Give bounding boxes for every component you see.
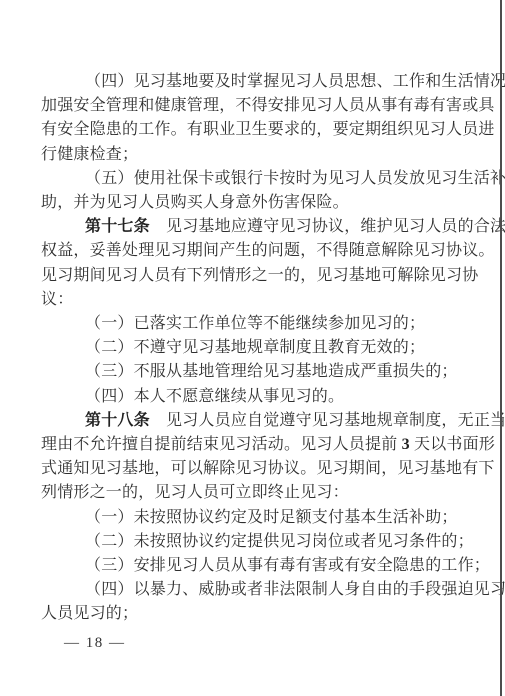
text-segment: （五）使用社保卡或银行卡按时为见习人员发放见习生活补 xyxy=(85,170,505,187)
text-line: 见习期间见习人员有下列情形之一的，见习基地可解除见习协 xyxy=(41,264,479,288)
text-segment: （三）不服从基地管理给见习基地造成严重损失的； xyxy=(85,363,458,380)
text-line: 式通知见习基地，可以解除见习协议。见习期间，见习基地有下 xyxy=(41,457,479,481)
text-line: （三）安排见习人员从事有毒有害或有安全隐患的工作； xyxy=(41,554,479,578)
text-segment: 议： xyxy=(41,291,73,308)
text-segment: 行健康检查； xyxy=(41,146,138,163)
text-segment: （一）未按照协议约定及时足额支付基本生活补助； xyxy=(85,509,458,526)
text-segment: （四）以暴力、威胁或者非法限制人身自由的手段强迫见习 xyxy=(85,581,505,598)
paragraph: （四）本人不愿意继续从事见习的。 xyxy=(41,385,479,409)
text-line: （四）以暴力、威胁或者非法限制人身自由的手段强迫见习 xyxy=(41,578,479,602)
text-segment: （二）未按照协议约定提供见习岗位或者见习条件的； xyxy=(85,533,474,550)
scan-edge-artifact xyxy=(500,0,502,696)
text-line: 加强安全管理和健康管理，不得安排见习人员从事有毒有害或具 xyxy=(41,94,479,118)
text-segment: 见习基地应遵守见习协议，维护见习人员的合法 xyxy=(150,218,505,235)
bold-text-segment: 第十八条 xyxy=(85,412,150,429)
text-segment: （一）已落实工作单位等不能继续参加见习的； xyxy=(85,315,425,332)
paragraph: （二）不遵守见习基地规章制度且教育无效的； xyxy=(41,336,479,360)
paragraph: （四）以暴力、威胁或者非法限制人身自由的手段强迫见习人员见习的； xyxy=(41,578,479,626)
text-line: （二）不遵守见习基地规章制度且教育无效的； xyxy=(41,336,479,360)
text-segment: 见习期间见习人员有下列情形之一的，见习基地可解除见习协 xyxy=(41,267,478,284)
page-number: — 18 — xyxy=(64,634,126,652)
document-page: （四）见习基地要及时掌握见习人员思想、工作和生活情况，加强安全管理和健康管理，不… xyxy=(0,0,505,696)
text-line: 助，并为见习人员购买人身意外伤害保险。 xyxy=(41,191,479,215)
text-segment: 加强安全管理和健康管理，不得安排见习人员从事有毒有害或具 xyxy=(41,97,495,114)
text-line: 理由不允许擅自提前结束见习活动。见习人员提前 3 天以书面形 xyxy=(41,433,479,457)
text-line: 有安全隐患的工作。有职业卫生要求的，要定期组织见习人员进 xyxy=(41,118,479,142)
text-segment: 助，并为见习人员购买人身意外伤害保险。 xyxy=(41,194,349,211)
paragraph: （三）不服从基地管理给见习基地造成严重损失的； xyxy=(41,360,479,384)
text-line: 第十八条 见习人员应自觉遵守见习基地规章制度，无正当 xyxy=(41,409,479,433)
text-segment: （二）不遵守见习基地规章制度且教育无效的； xyxy=(85,339,425,356)
paragraph: 第十八条 见习人员应自觉遵守见习基地规章制度，无正当理由不允许擅自提前结束见习活… xyxy=(41,409,479,506)
text-segment: 理由不允许擅自提前结束见习活动。见习人员提前 xyxy=(41,436,402,453)
text-line: 行健康检查； xyxy=(41,143,479,167)
text-segment: 见习人员应自觉遵守见习基地规章制度，无正当 xyxy=(150,412,505,429)
bold-text-segment: 3 xyxy=(402,436,410,453)
text-line: （一）未按照协议约定及时足额支付基本生活补助； xyxy=(41,506,479,530)
paragraph: （三）安排见习人员从事有毒有害或有安全隐患的工作； xyxy=(41,554,479,578)
paragraph: 第十七条 见习基地应遵守见习协议，维护见习人员的合法权益，妥善处理见习期间产生的… xyxy=(41,215,479,312)
text-line: 列情形之一的，见习人员可立即终止见习： xyxy=(41,481,479,505)
text-segment: 式通知见习基地，可以解除见习协议。见习期间，见习基地有下 xyxy=(41,460,495,477)
text-segment: 有安全隐患的工作。有职业卫生要求的，要定期组织见习人员进 xyxy=(41,121,495,138)
text-segment: （四）见习基地要及时掌握见习人员思想、工作和生活情况， xyxy=(85,73,505,90)
paragraph: （四）见习基地要及时掌握见习人员思想、工作和生活情况，加强安全管理和健康管理，不… xyxy=(41,70,479,167)
text-segment: 人员见习的； xyxy=(41,605,138,622)
text-segment: 权益，妥善处理见习期间产生的问题，不得随意解除见习协议。 xyxy=(41,242,495,259)
paragraph: （一）已落实工作单位等不能继续参加见习的； xyxy=(41,312,479,336)
text-line: （二）未按照协议约定提供见习岗位或者见习条件的； xyxy=(41,530,479,554)
document-body: （四）见习基地要及时掌握见习人员思想、工作和生活情况，加强安全管理和健康管理，不… xyxy=(41,70,479,627)
text-line: 议： xyxy=(41,288,479,312)
text-line: （四）见习基地要及时掌握见习人员思想、工作和生活情况， xyxy=(41,70,479,94)
text-line: （三）不服从基地管理给见习基地造成严重损失的； xyxy=(41,360,479,384)
text-segment: （四）本人不愿意继续从事见习的。 xyxy=(85,388,344,405)
text-segment: 列情形之一的，见习人员可立即终止见习： xyxy=(41,484,349,501)
text-segment: 天以书面形 xyxy=(410,436,495,453)
text-line: 人员见习的； xyxy=(41,602,479,626)
text-line: 第十七条 见习基地应遵守见习协议，维护见习人员的合法 xyxy=(41,215,479,239)
paragraph: （二）未按照协议约定提供见习岗位或者见习条件的； xyxy=(41,530,479,554)
paragraph: （五）使用社保卡或银行卡按时为见习人员发放见习生活补助，并为见习人员购买人身意外… xyxy=(41,167,479,215)
bold-text-segment: 第十七条 xyxy=(85,218,150,235)
text-segment: （三）安排见习人员从事有毒有害或有安全隐患的工作； xyxy=(85,557,490,574)
text-line: （四）本人不愿意继续从事见习的。 xyxy=(41,385,479,409)
text-line: （一）已落实工作单位等不能继续参加见习的； xyxy=(41,312,479,336)
text-line: 权益，妥善处理见习期间产生的问题，不得随意解除见习协议。 xyxy=(41,239,479,263)
paragraph: （一）未按照协议约定及时足额支付基本生活补助； xyxy=(41,506,479,530)
text-line: （五）使用社保卡或银行卡按时为见习人员发放见习生活补 xyxy=(41,167,479,191)
